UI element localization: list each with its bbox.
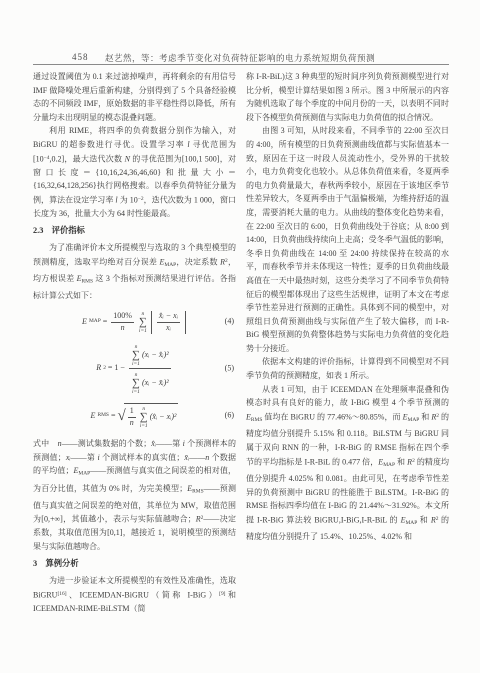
running-title: 赵艺然，等：考虑季节变化对负荷特征影响的电力系统短期负荷预测	[0, 52, 480, 64]
summation-symbol: n ∑ i=1	[132, 344, 140, 367]
equation-5-body: R2 = 1 − n ∑ i=1 (xᵢ − x̂ᵢ)²	[96, 342, 172, 395]
equation-number: (4)	[225, 318, 234, 327]
header-rule	[33, 64, 449, 65]
summation-symbol: n ∑ i=1	[132, 372, 140, 395]
equals-sign: =	[111, 412, 116, 421]
equation-4: EMAP = 100% n n ∑ i=1 x̂ᵢ − xᵢ xᵢ (4)	[33, 311, 236, 334]
paragraph-table1-analysis: 从表 1 可知，由于 ICEEMDAN 在处理频率混叠和伪模态时具有良好的能力，…	[246, 383, 449, 544]
paragraph-table1-reference: 依据本文构建的评价指标，计算得到不同模型对不同季节负荷的预测精度，如表 1 所示…	[246, 355, 449, 382]
summation-symbol: n ∑ i=1	[139, 311, 147, 334]
right-column: 称 I-R-BiL)这 3 种典型的短时间序列负荷预测模型进行对比分析，模型计算…	[246, 70, 449, 544]
equation-5: R2 = 1 − n ∑ i=1 (xᵢ − x̂ᵢ)²	[33, 342, 236, 395]
left-column: 通过设置阈值为 0.1 来过滤掉噪声，再将剩余的有用信号 IMF 做降噪处理后重…	[33, 70, 236, 615]
paragraph-model-comparison-setup: 称 I-R-BiL)这 3 种典型的短时间序列负荷预测模型进行对比分析，模型计算…	[246, 70, 449, 124]
square-root: √ 1 n n ∑ i=1 (x̂ᵢ − xᵢ)²	[117, 403, 178, 429]
absolute-value-bar	[185, 311, 186, 334]
fraction-100-over-n: 100% n	[111, 312, 134, 333]
emap-symbol: E	[82, 318, 87, 327]
equals-one-minus: = 1 −	[108, 364, 125, 373]
equation-number: (6)	[225, 412, 234, 421]
paragraph-evaluation-metrics-intro: 为了准确评价本文所提模型与选取的 3 个典型模型的预测精度，选取平均绝对百分误差…	[33, 241, 236, 303]
equation-4-body: EMAP = 100% n n ∑ i=1 x̂ᵢ − xᵢ xᵢ	[82, 311, 187, 334]
paragraph-noise-filtering: 通过设置阈值为 0.1 来过滤掉噪声，再将剩余的有用信号 IMF 做降噪处理后重…	[33, 70, 236, 124]
paragraph-symbol-definitions: 式中 n——测试集数据的个数；x̂ᵢ——第 i 个预测样本的预测值；xᵢ——第 …	[33, 437, 236, 553]
paragraph-figure3-analysis: 由图 3 可知，从时段来看，不同季节的 22:00 至次日的 4:00，所有模型…	[246, 124, 449, 355]
fraction-error-over-actual: x̂ᵢ − xᵢ xᵢ	[157, 312, 180, 333]
erms-symbol: E	[91, 412, 96, 421]
r-squared-symbol: R	[96, 364, 101, 373]
section-heading-2-3: 2.3 评价指标	[33, 224, 236, 238]
paragraph-rime-hyperparameters: 利用 RIME，将四季的负荷数据分别作为输入，对 BiGRU 的超参数进行寻优。…	[33, 124, 236, 220]
equation-6: ERMS = √ 1 n n ∑ i=1 (x̂ᵢ −	[33, 403, 236, 429]
equals-sign: =	[103, 318, 108, 327]
fraction-sums-ratio: n ∑ i=1 (xᵢ − x̂ᵢ)² n ∑ i=1	[129, 342, 171, 395]
paragraph-case-study-intro: 为进一步验证本文所提模型的有效性及准确性，选取 BiGRU[16]、ICEEMD…	[33, 574, 236, 615]
fraction-one-over-n: 1 n	[128, 407, 136, 428]
section-heading-3: 3 算例分析	[33, 557, 236, 571]
equation-6-body: ERMS = √ 1 n n ∑ i=1 (x̂ᵢ −	[91, 403, 179, 429]
equation-number: (5)	[225, 364, 234, 373]
paper-page: 458 赵艺然，等：考虑季节变化对负荷特征影响的电力系统短期负荷预测 通过设置阈…	[0, 0, 480, 673]
absolute-value-bar	[151, 311, 152, 334]
summation-symbol: n ∑ i=1	[140, 406, 148, 429]
